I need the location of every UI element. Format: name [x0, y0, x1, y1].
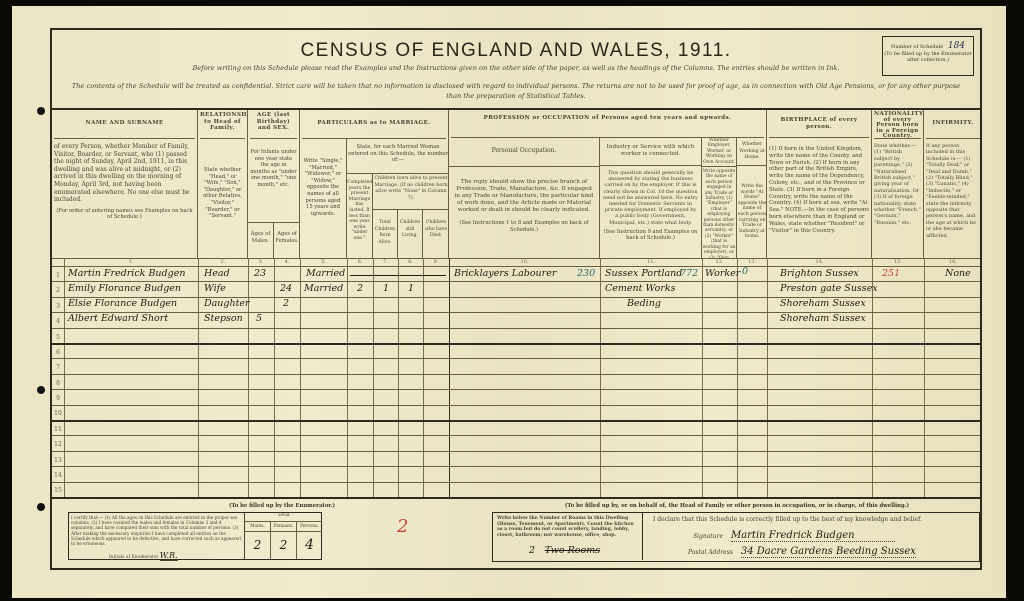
column-number: 1. [64, 259, 198, 265]
cell-marriage: Married [306, 268, 345, 279]
initials-label: Initials of Enumerator [109, 555, 158, 560]
row-rule [52, 405, 980, 406]
row-number: 6 [52, 349, 64, 356]
grid-line [767, 258, 768, 498]
row-number: 5 [52, 334, 64, 341]
grid-line [423, 258, 424, 498]
cell-birthplace: Shoreham Sussex [780, 313, 866, 324]
cell-name: Martin Fredrick Budgen [68, 268, 185, 279]
binding-hole [37, 386, 45, 394]
grid-line [737, 258, 738, 498]
row-rule [52, 435, 980, 436]
row-rule [52, 466, 980, 467]
grid-line [702, 258, 703, 498]
column-number: 12. [702, 259, 737, 265]
row-rule [52, 389, 980, 390]
confidential-line: The contents of the Schedule will be tre… [52, 82, 980, 90]
cell-children-total: 1 [383, 283, 389, 294]
schedule-number-value: 184 [948, 41, 965, 51]
grid-line [248, 258, 249, 498]
signature-field: Signature Martin Fredrick Budgen [693, 530, 895, 541]
column-number: 10. [449, 259, 600, 265]
enumerator-box: I certify that:— (1) All the ages on thi… [68, 512, 322, 560]
cell-name: Elsie Florance Budgen [68, 298, 177, 309]
grid-line [64, 258, 65, 498]
employer-code: 0 [742, 266, 748, 277]
column-number: 16. [924, 259, 982, 265]
schedule-number-note: (To be filled up by the Enumerator after… [883, 51, 973, 63]
census-form: CENSUS OF ENGLAND AND WALES, 1911. Befor… [50, 28, 982, 570]
column-header-age: AGE (last Birthday) and SEX. For Infants… [248, 110, 300, 258]
cell-relationship: Stepson [204, 313, 243, 324]
cell-relationship: Daughter [204, 298, 250, 309]
cell-marriage: Married [304, 283, 343, 294]
grid-line [924, 258, 925, 498]
row-number: 12 [52, 441, 64, 448]
grid-line [347, 258, 348, 498]
grid-line [373, 258, 374, 498]
declaration-text: I declare that this Schedule is correctl… [653, 516, 922, 523]
industry-code: 772 [680, 268, 698, 279]
row-number: 9 [52, 395, 64, 402]
row-number: 8 [52, 380, 64, 387]
cell-birthplace: Preston gate Sussex [780, 283, 878, 294]
persons-label: Persons. [297, 522, 322, 531]
rooms-struck-text: Two Rooms [545, 545, 600, 556]
total-label: Total [245, 513, 322, 522]
total-males: 2 [245, 532, 271, 559]
grid-line [872, 258, 873, 498]
red-annotation: 2 [397, 516, 408, 537]
cell-occupation: Bricklayers Labourer [454, 268, 556, 279]
cell-name: Albert Edward Short [68, 313, 168, 324]
row-rule [52, 374, 980, 375]
cell-children-living: 1 [408, 283, 414, 294]
row-number: 3 [52, 303, 64, 310]
rooms-value-field: 2 Two Rooms [529, 545, 600, 556]
row-number: 15 [52, 487, 64, 494]
postal-address-field: Postal Address 34 Dacre Gardens Beeding … [688, 546, 916, 557]
cell-age-male: 5 [256, 313, 262, 324]
column-number: 15. [872, 259, 924, 265]
row-rule [52, 358, 980, 359]
instruction-line: Before writing on this Schedule please r… [52, 64, 980, 72]
household-heading: (To be filled up by, or on behalf of, th… [492, 503, 982, 509]
row-number: 4 [52, 318, 64, 325]
table-bottom-rule [52, 497, 980, 499]
row-rule [52, 420, 980, 422]
row-number: 10 [52, 410, 64, 417]
row-rule [52, 266, 980, 267]
enumerator-initials: Initials of Enumerator W.R. [109, 551, 178, 560]
cell-industry: Sussex Portland [605, 268, 682, 279]
schedule-number-box: Number of Schedule 184 (To be filled up … [882, 36, 974, 76]
column-number: 5. [300, 259, 347, 265]
column-header-occupation: PROFESSION or OCCUPATION of Persons aged… [449, 110, 767, 258]
initials-value: W.R. [160, 551, 178, 561]
signature-label: Signature [693, 533, 723, 540]
cell-birthplace: Shoreham Sussex [780, 298, 866, 309]
totals-box: Total Males. Females. Persons. 2 2 4 [244, 513, 322, 559]
grid-line [398, 258, 399, 498]
document-title: CENSUS OF ENGLAND AND WALES, 1911. [52, 40, 980, 62]
row-rule [52, 328, 980, 329]
females-label: Females. [271, 522, 297, 531]
grid-line [449, 258, 450, 498]
row-rule [52, 451, 980, 452]
column-number: 3. [248, 259, 274, 265]
row-rule [52, 482, 980, 483]
strike-through-line [350, 275, 446, 276]
grid-line [274, 258, 275, 498]
rooms-value: 2 [529, 545, 535, 556]
household-box: Write below the Number of Rooms in this … [492, 512, 980, 562]
grid-line [198, 258, 199, 498]
binding-hole [37, 107, 45, 115]
address-value: 34 Dacre Gardens Beeding Sussex [741, 546, 916, 558]
column-number: 8. [398, 259, 423, 265]
cell-infirmity: None [945, 268, 971, 279]
cell-industry: Cement Works [605, 283, 676, 294]
signature-value: Martin Fredrick Budgen [731, 530, 895, 542]
birthplace-code: 251 [882, 268, 900, 279]
rooms-box: Write below the Number of Rooms in this … [493, 513, 643, 560]
cell-years-married: 2 [357, 283, 363, 294]
grid-line [300, 258, 301, 498]
binding-hole [37, 503, 45, 511]
row-number: 14 [52, 472, 64, 479]
column-number: 4. [274, 259, 300, 265]
column-header-relationship: RELATIONSHIP to Head of Family. State wh… [198, 110, 248, 258]
row-number: 11 [52, 426, 64, 433]
row-number: 7 [52, 364, 64, 371]
cell-age-female: 24 [280, 283, 292, 294]
row-number: 2 [52, 287, 64, 294]
column-number: 9. [423, 259, 449, 265]
total-females: 2 [271, 532, 297, 559]
column-header-marriage: PARTICULARS as to MARRIAGE. Write "Singl… [300, 110, 449, 258]
cell-age-female: 2 [283, 298, 289, 309]
grid-line [600, 258, 601, 498]
column-number: 6. [347, 259, 373, 265]
column-header-infirmity: INFIRMITY. If any person included in thi… [924, 110, 982, 258]
cell-birthplace: Brighton Sussex [780, 268, 859, 279]
column-header-name: NAME AND SURNAME of every Person, whethe… [52, 110, 198, 258]
enumerator-certification: I certify that:— (1) All the ages on thi… [71, 515, 241, 546]
column-number: 7. [373, 259, 398, 265]
cell-relationship: Head [204, 268, 230, 279]
enumerator-heading: (To be filled up by the Enumerator.) [132, 503, 432, 509]
address-label: Postal Address [688, 549, 733, 556]
row-number: 1 [52, 272, 64, 279]
total-persons: 4 [297, 532, 322, 559]
cell-name: Emily Florance Budgen [68, 283, 181, 294]
column-number: 11. [600, 259, 702, 265]
column-number: 14. [767, 259, 872, 265]
cell-relationship: Wife [204, 283, 226, 294]
column-header-birthplace: BIRTHPLACE of every person. (1) If born … [767, 110, 872, 258]
schedule-number-label: Number of Schedule [891, 44, 943, 50]
column-number: 2. [198, 259, 248, 265]
cell-industry: Beding [627, 298, 661, 309]
cell-age-male: 23 [254, 268, 266, 279]
column-header-nationality: NATIONALITY of every Person born in a Fo… [872, 110, 924, 258]
row-rule [52, 343, 980, 345]
occupation-code: 230 [577, 268, 595, 279]
males-label: Males. [245, 522, 271, 531]
column-number: 13. [737, 259, 767, 265]
rooms-instruction: Write below the Number of Rooms in this … [493, 513, 642, 541]
row-number: 13 [52, 457, 64, 464]
confidential-line-2: than the preparation of Statistical Tabl… [52, 92, 980, 100]
cell-employer: Worker [705, 268, 740, 279]
